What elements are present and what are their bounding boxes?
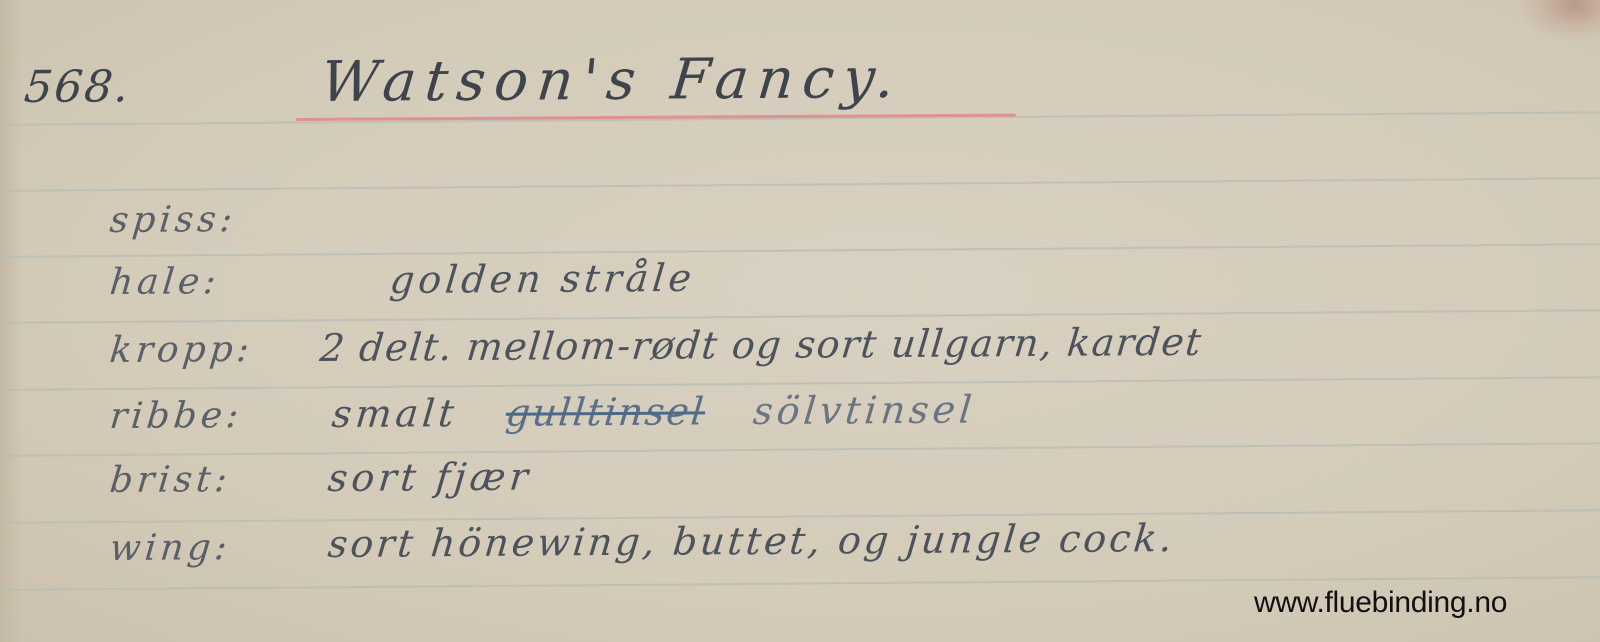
corner-shadow xyxy=(1520,0,1600,40)
field-value-ribbe: smalt gulltinsel sölvtinsel xyxy=(330,387,978,436)
entry-title: Watson's Fancy. xyxy=(318,46,906,115)
field-value-brist: sort fjær xyxy=(326,455,534,500)
field-value-wing: sort hönewing, buttet, og jungle cock. xyxy=(326,516,1177,566)
ruled-line xyxy=(0,442,1600,457)
ribbe-value-after: sölvtinsel xyxy=(751,387,977,433)
field-label-wing: wing: xyxy=(108,527,233,569)
ruled-line xyxy=(0,111,1600,126)
field-value-hale: golden stråle xyxy=(388,256,697,302)
ruled-line xyxy=(0,177,1600,192)
notebook-page: 568. Watson's Fancy. spiss: hale: golden… xyxy=(0,0,1600,642)
ribbe-struck-out: gulltinsel xyxy=(504,389,707,434)
watermark: www.fluebinding.no xyxy=(1254,586,1507,620)
field-label-ribbe: ribbe: xyxy=(108,395,244,437)
ribbe-value-before: smalt xyxy=(330,391,460,436)
ruled-line xyxy=(0,243,1600,258)
field-label-hale: hale: xyxy=(108,261,222,303)
field-label-kropp: kropp: xyxy=(108,329,255,371)
field-value-kropp: 2 delt. mellom-rødt og sort ullgarn, kar… xyxy=(318,320,1204,370)
entry-number: 568. xyxy=(22,61,133,113)
field-label-spiss: spiss: xyxy=(108,199,238,241)
field-label-brist: brist: xyxy=(108,459,233,501)
